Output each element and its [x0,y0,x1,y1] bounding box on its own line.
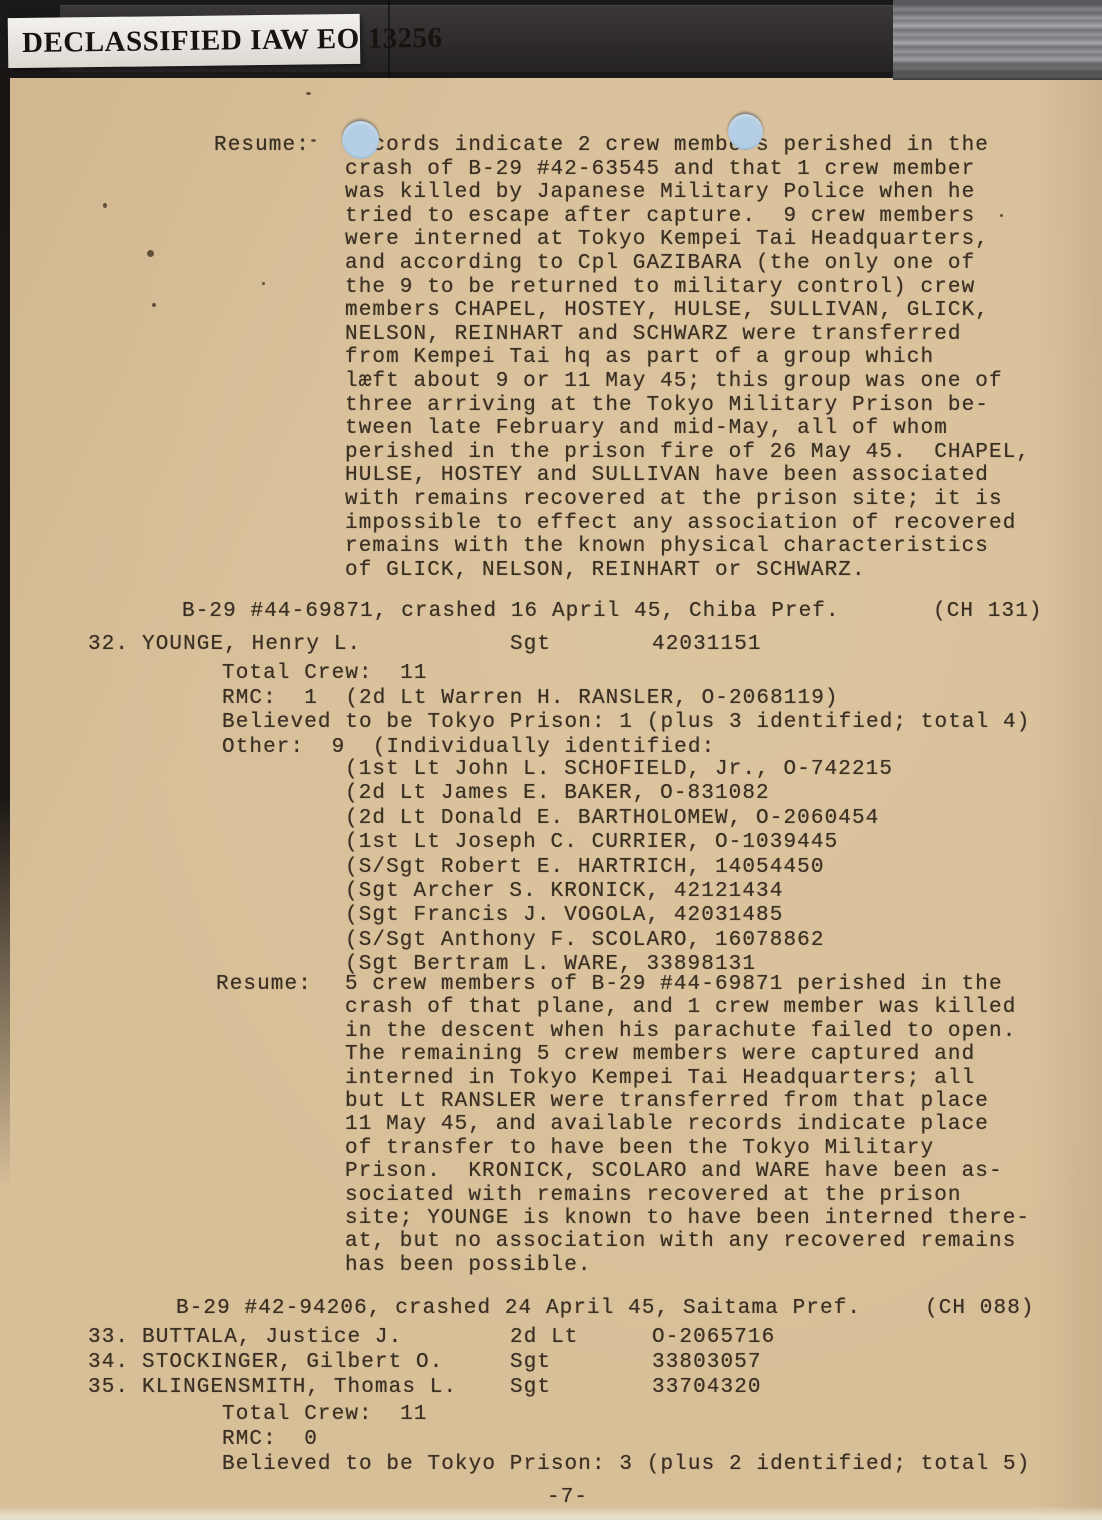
crash-header-2: B-29 #44-69871, crashed 16 April 45, Chi… [182,600,840,624]
roster-rank: 2d Lt [510,1326,579,1350]
roster-row: 33. BUTTALA, Justice J. 2d Lt O-2065716 [88,1326,143,1351]
roster-name: KLINGENSMITH, Thomas L. [142,1376,457,1400]
roster-serial: 42031151 [652,633,762,657]
paper-speck [1000,214,1003,217]
roster-name: BUTTALA, Justice J. [142,1326,402,1350]
paper-speck [262,282,265,285]
roster-serial: 33704320 [652,1376,762,1400]
roster-num: 33. [88,1326,129,1350]
roster-serial: 33803057 [652,1351,762,1375]
punch-hole [728,114,763,150]
crash-header-3: B-29 #42-94206, crashed 24 April 45, Sai… [176,1297,861,1321]
document-page: DECLASSIFIED IAW EO 13256 Resume: Record… [0,0,1102,1520]
crash-ref-2: (CH 131) [933,600,1043,624]
roster-num: 35. [88,1376,129,1400]
roster-row: 35. KLINGENSMITH, Thomas L. Sgt 33704320 [88,1376,143,1401]
resume-label-2: Resume: [216,973,312,997]
declassified-stamp-text: DECLASSIFIED IAW EO 13256 [22,21,443,59]
paper-speck [147,250,154,257]
resume-label-1: Resume: [214,134,310,158]
roster-name: STOCKINGER, Gilbert O. [142,1351,443,1375]
roster-serial: O-2065716 [652,1326,775,1350]
roster-num: 32. [88,633,129,657]
punch-hole [342,121,379,159]
roster-row: 34. STOCKINGER, Gilbert O. Sgt 33803057 [88,1351,143,1376]
roster-row: 32. YOUNGE, Henry L. Sgt 42031151 [88,633,143,658]
paper-speck [103,203,107,208]
crash-details-3: Total Crew: 11RMC: 0Believed to be Tokyo… [222,1402,1030,1477]
crash-details-2: Total Crew: 11RMC: 1 (2d Lt Warren H. RA… [222,662,1030,761]
roster-rank: Sgt [510,1376,551,1400]
resume-body-1: Records indicate 2 crew members perished… [345,134,1030,582]
page-number: -7- [547,1486,588,1510]
resume-body-2: 5 crew members of B-29 #44-69871 perishe… [345,973,1030,1277]
paper-speck [311,139,316,142]
declassified-stamp: DECLASSIFIED IAW EO 13256 [8,14,361,68]
paper-speck [152,303,156,307]
roster-num: 34. [88,1351,129,1375]
crash-ref-3: (CH 088) [925,1297,1035,1321]
scan-left-edge [0,68,10,1188]
roster-name: YOUNGE, Henry L. [142,633,361,657]
binder-metal-strip [893,0,1102,80]
roster-rank: Sgt [510,1351,551,1375]
identified-list-2: (1st Lt John L. SCHOFIELD, Jr., O-742215… [345,758,893,978]
paper-speck [306,92,311,95]
roster-rank: Sgt [510,633,551,657]
